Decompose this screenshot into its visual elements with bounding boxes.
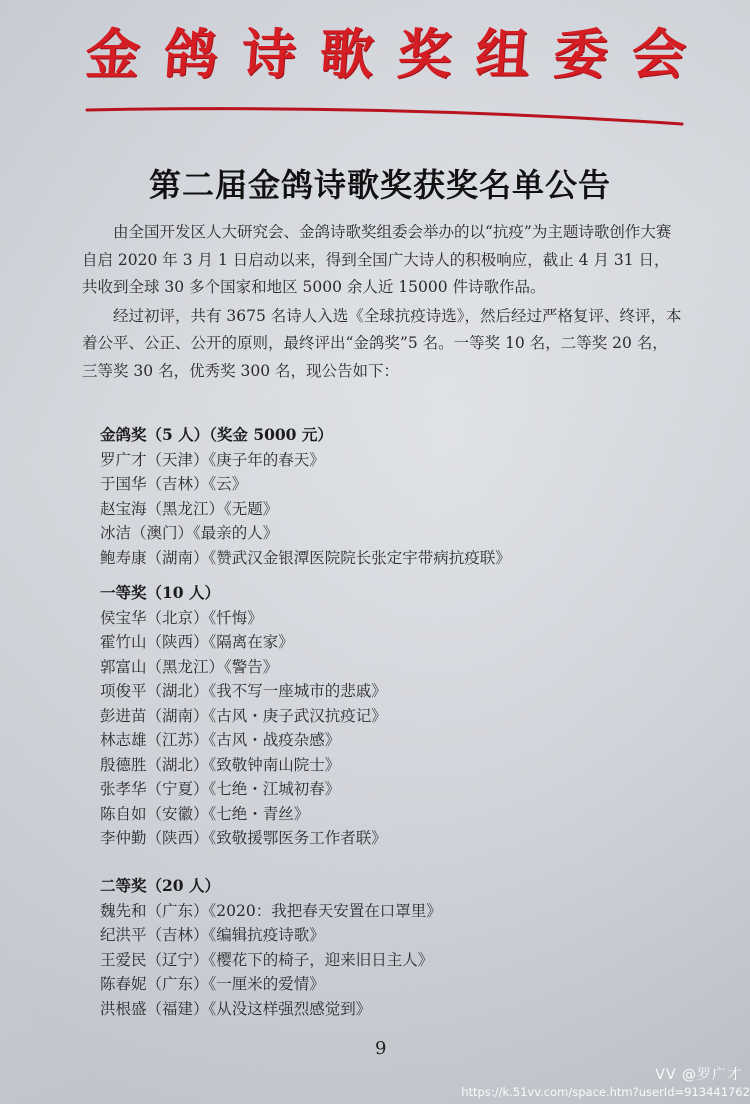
- winner-entry: 纪洪平（吉林）《编辑抗疫诗歌》: [100, 923, 442, 948]
- winner-entry: 于国华（吉林）《云》: [100, 472, 511, 497]
- intro-text: 由全国开发区人大研究会、金鸽诗歌奖组委会举办的以“抗疫”为主题诗歌创作大赛自启 …: [82, 219, 682, 385]
- section-heading: 金鸽奖（5 人）（奖金 5000 元）: [100, 423, 511, 448]
- intro-paragraph: 经过初评，共有 3675 名诗人入选《全球抗疫诗选》，然后经过严格复评、终评，本…: [82, 303, 682, 386]
- winner-entry: 魏先和（广东）《2020：我把春天安置在口罩里》: [100, 899, 442, 924]
- watermark-url: https://k.51vv.com/space.htm?userId=9134…: [461, 1085, 750, 1099]
- section-heading: 二等奖（20 人）: [100, 874, 442, 899]
- watermark: VV @罗广才 https://k.51vv.com/space.htm?use…: [461, 1064, 750, 1099]
- winner-entry: 侯宝华（北京）《忏悔》: [100, 606, 387, 631]
- winner-entry: 冰洁（澳门）《最亲的人》: [100, 521, 511, 546]
- winner-entry: 王爱民（辽宁）《樱花下的椅子，迎来旧日主人》: [100, 948, 442, 973]
- winner-entry: 陈春妮（广东）《一厘米的爱情》: [100, 972, 442, 997]
- winner-entry: 赵宝海（黑龙江）《无题》: [100, 497, 511, 522]
- winner-entry: 张孝华（宁夏）《七绝・江城初春》: [100, 777, 387, 802]
- winner-entry: 林志雄（江苏）《古风・战疫杂感》: [100, 728, 387, 753]
- first-prize-section: 一等奖（10 人） 侯宝华（北京）《忏悔》 霍竹山（陕西）《隔离在家》 郭富山（…: [100, 581, 387, 851]
- winner-entry: 洪根盛（福建）《从没这样强烈感觉到》: [100, 997, 442, 1022]
- winner-entry: 项俊平（湖北）《我不写一座城市的悲戚》: [100, 679, 387, 704]
- second-prize-section: 二等奖（20 人） 魏先和（广东）《2020：我把春天安置在口罩里》 纪洪平（吉…: [100, 874, 442, 1021]
- page-title: 第二届金鸽诗歌奖获奖名单公告: [0, 160, 750, 206]
- gold-award-section: 金鸽奖（5 人）（奖金 5000 元） 罗广才（天津）《庚子年的春天》 于国华（…: [100, 423, 511, 570]
- winner-entry: 郭富山（黑龙江）《警告》: [100, 655, 387, 680]
- winner-entry: 彭进苗（湖南）《古风・庚子武汉抗疫记》: [100, 704, 387, 729]
- winner-entry: 殷德胜（湖北）《致敬钟南山院士》: [100, 753, 387, 778]
- winner-entry: 罗广才（天津）《庚子年的春天》: [100, 448, 511, 473]
- intro-paragraph: 由全国开发区人大研究会、金鸽诗歌奖组委会举办的以“抗疫”为主题诗歌创作大赛自启 …: [82, 219, 682, 302]
- watermark-user: VV @罗广才: [461, 1064, 742, 1084]
- winner-entry: 陈自如（安徽）《七绝・青丝》: [100, 802, 387, 827]
- page-number: 9: [375, 1038, 386, 1059]
- winner-entry: 李仲勤（陕西）《致敬援鄂医务工作者联》: [100, 826, 387, 851]
- winner-entry: 霍竹山（陕西）《隔离在家》: [100, 630, 387, 655]
- winner-entry: 鲍寿康（湖南）《赞武汉金银潭医院院长张定宇带病抗疫联》: [100, 546, 511, 571]
- header-divider: [0, 0, 750, 140]
- section-heading: 一等奖（10 人）: [100, 581, 387, 606]
